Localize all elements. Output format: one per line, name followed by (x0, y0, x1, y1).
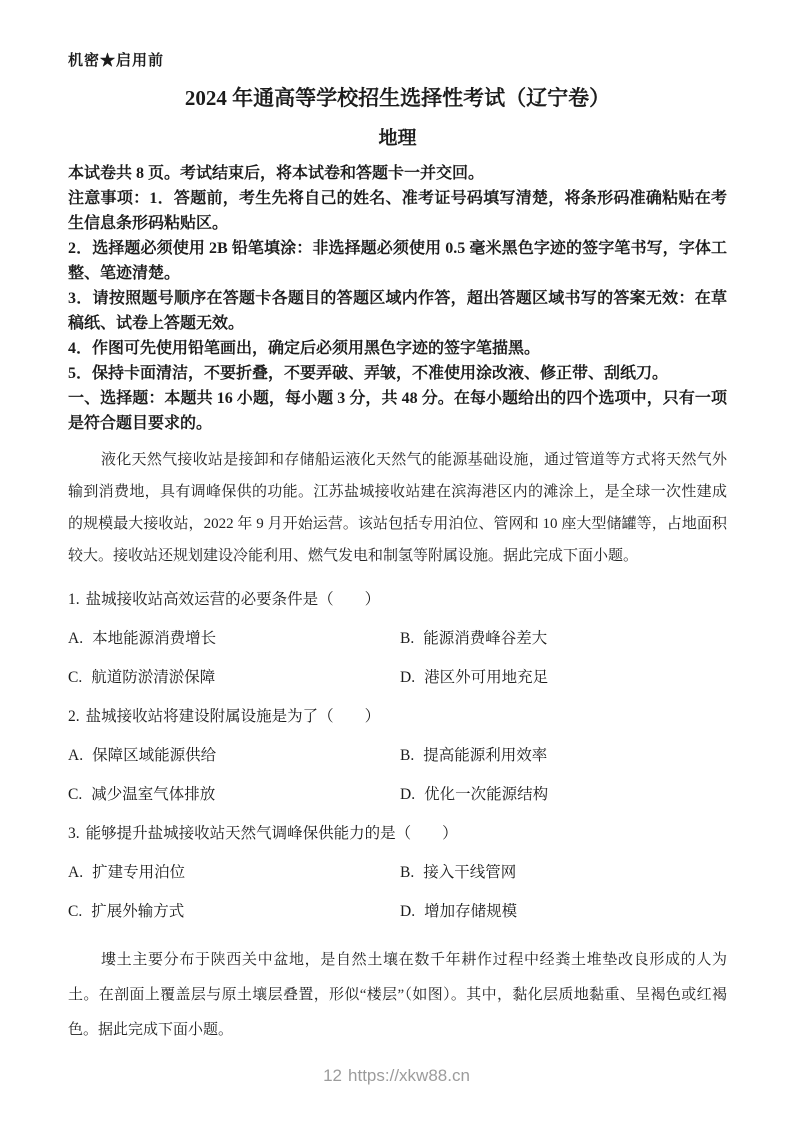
question-number: 2. (68, 708, 80, 725)
option-text: 优化一次能源结构 (424, 786, 548, 803)
question-text: 盐城接收站将建设附属设施是为了（ ） (86, 708, 381, 725)
option-row: C.扩展外输方式 D.增加存储规模 (68, 901, 727, 923)
option-row: A.本地能源消费增长 B.能源消费峰谷差大 (68, 628, 727, 650)
option-d: D.优化一次能源结构 (400, 784, 727, 806)
option-label: B. (400, 864, 414, 881)
section-header: 一、选择题：本题共 16 小题，每小题 3 分，共 48 分。在每小题给出的四个… (68, 386, 727, 436)
page-number: 12 (323, 1066, 342, 1085)
option-label: D. (400, 669, 415, 686)
notice-line: 4．作图可先使用铅笔画出，确定后必须用黑色字迹的签字笔描黑。 (68, 336, 727, 361)
option-text: 航道防淤清淤保障 (91, 669, 215, 686)
notice-line: 本试卷共 8 页。考试结束后，将本试卷和答题卡一并交回。 (68, 161, 727, 186)
classification-label: 机密★启用前 (68, 50, 727, 73)
passage-loutu-soil: 塿土主要分布于陕西关中盆地，是自然土壤在数千年耕作过程中经粪土堆垫改良形成的人为… (68, 943, 727, 1048)
question-text: 能够提升盐城接收站天然气调峰保供能力的是（ ） (86, 825, 458, 842)
option-a: A.保障区域能源供给 (68, 745, 400, 767)
option-label: A. (68, 630, 83, 647)
option-c: C.航道防淤清淤保障 (68, 667, 400, 689)
page-footer: 12https://xkw88.cn (0, 1064, 793, 1088)
option-text: 能源消费峰谷差大 (423, 630, 547, 647)
watermark-url: https://xkw88.cn (348, 1066, 470, 1085)
option-text: 本地能源消费增长 (92, 630, 216, 647)
question-text: 盐城接收站高效运营的必要条件是（ ） (86, 591, 381, 608)
option-text: 保障区域能源供给 (92, 747, 216, 764)
option-label: C. (68, 903, 82, 920)
passage-lng-terminal: 液化天然气接收站是接卸和存储船运液化天然气的能源基础设施，通过管道等方式将天然气… (68, 444, 727, 572)
page-content: 机密★启用前 2024 年通高等学校招生选择性考试（辽宁卷） 地理 本试卷共 8… (68, 50, 727, 1048)
option-text: 增加存储规模 (424, 903, 517, 920)
option-text: 扩展外输方式 (91, 903, 184, 920)
question-1: 1.盐城接收站高效运营的必要条件是（ ） A.本地能源消费增长 B.能源消费峰谷… (68, 589, 727, 689)
exam-paper-page: 机密★启用前 2024 年通高等学校招生选择性考试（辽宁卷） 地理 本试卷共 8… (0, 0, 793, 1122)
option-text: 港区外可用地充足 (424, 669, 548, 686)
notice-line: 2．选择题必须使用 2B 铅笔填涂：非选择题必须使用 0.5 毫米黑色字迹的签字… (68, 236, 727, 286)
option-label: D. (400, 903, 415, 920)
subject-title: 地理 (68, 125, 727, 153)
option-row: C.减少温室气体排放 D.优化一次能源结构 (68, 784, 727, 806)
option-label: C. (68, 669, 82, 686)
option-label: A. (68, 747, 83, 764)
exam-title: 2024 年通高等学校招生选择性考试（辽宁卷） (68, 83, 727, 113)
option-a: A.扩建专用泊位 (68, 862, 400, 884)
option-label: A. (68, 864, 83, 881)
question-stem: 3.能够提升盐城接收站天然气调峰保供能力的是（ ） (68, 823, 727, 845)
option-a: A.本地能源消费增长 (68, 628, 400, 650)
option-label: D. (400, 786, 415, 803)
question-stem: 1.盐城接收站高效运营的必要条件是（ ） (68, 589, 727, 611)
notice-line: 注意事项：1．答题前，考生先将自己的姓名、准考证号码填写清楚，将条形码准确粘贴在… (68, 186, 727, 236)
option-d: D.港区外可用地充足 (400, 667, 727, 689)
question-stem: 2.盐城接收站将建设附属设施是为了（ ） (68, 706, 727, 728)
option-c: C.扩展外输方式 (68, 901, 400, 923)
option-b: B.能源消费峰谷差大 (400, 628, 727, 650)
exam-notices: 本试卷共 8 页。考试结束后，将本试卷和答题卡一并交回。 注意事项：1．答题前，… (68, 161, 727, 436)
option-b: B.提高能源利用效率 (400, 745, 727, 767)
option-label: C. (68, 786, 82, 803)
option-label: B. (400, 747, 414, 764)
option-d: D.增加存储规模 (400, 901, 727, 923)
option-b: B.接入干线管网 (400, 862, 727, 884)
option-row: A.扩建专用泊位 B.接入干线管网 (68, 862, 727, 884)
option-row: C.航道防淤清淤保障 D.港区外可用地充足 (68, 667, 727, 689)
option-text: 接入干线管网 (423, 864, 516, 881)
option-row: A.保障区域能源供给 B.提高能源利用效率 (68, 745, 727, 767)
notice-line: 3．请按照题号顺序在答题卡各题目的答题区域内作答，超出答题区域书写的答案无效：在… (68, 286, 727, 336)
option-text: 提高能源利用效率 (423, 747, 547, 764)
option-text: 扩建专用泊位 (92, 864, 185, 881)
question-number: 1. (68, 591, 80, 608)
option-text: 减少温室气体排放 (91, 786, 215, 803)
question-2: 2.盐城接收站将建设附属设施是为了（ ） A.保障区域能源供给 B.提高能源利用… (68, 706, 727, 806)
option-c: C.减少温室气体排放 (68, 784, 400, 806)
question-3: 3.能够提升盐城接收站天然气调峰保供能力的是（ ） A.扩建专用泊位 B.接入干… (68, 823, 727, 923)
question-number: 3. (68, 825, 80, 842)
option-label: B. (400, 630, 414, 647)
notice-line: 5．保持卡面清洁，不要折叠，不要弄破、弄皱，不准使用涂改液、修正带、刮纸刀。 (68, 361, 727, 386)
